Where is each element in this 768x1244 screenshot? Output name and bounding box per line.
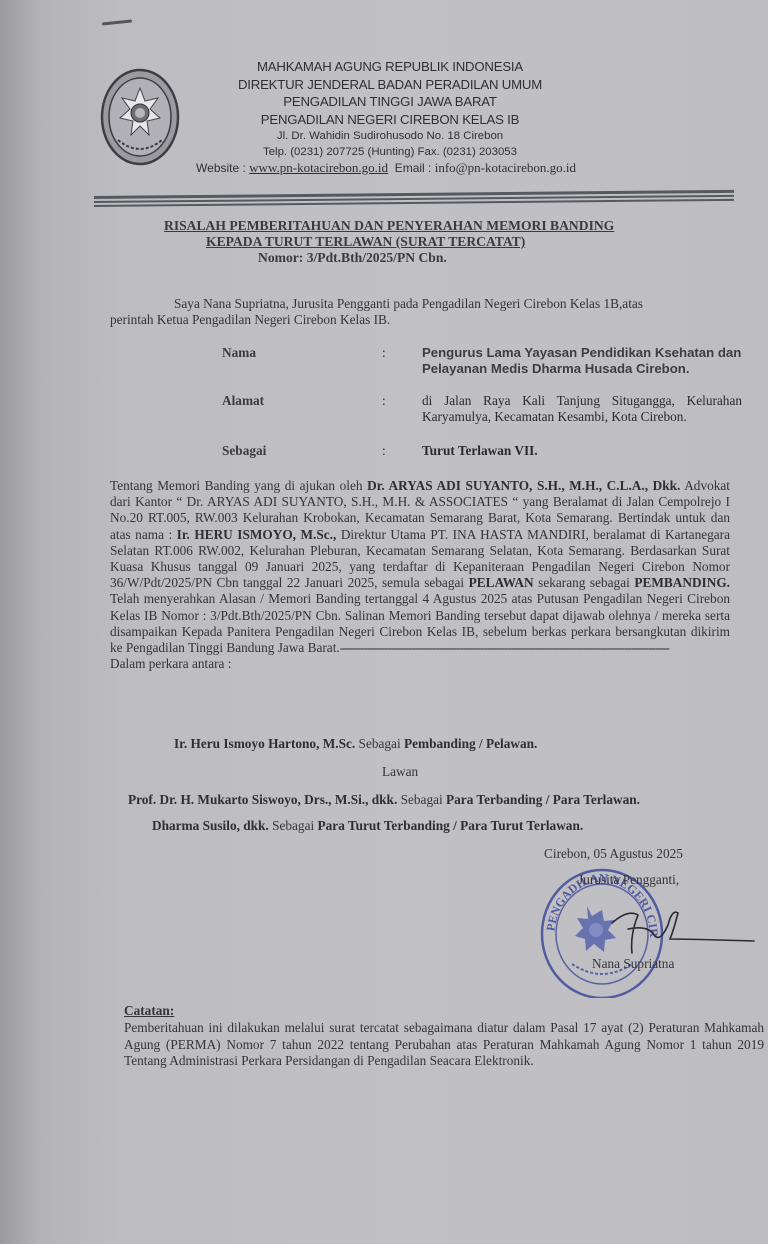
intro-line-2: perintah Ketua Pengadilan Negeri Cirebon…: [110, 312, 730, 328]
intro-line-1: Saya Nana Supriatna, Jurusita Pengganti …: [110, 296, 730, 312]
versus-label: Lawan: [382, 764, 418, 780]
main-bold: PELAWAN: [469, 575, 534, 590]
party-role: Para Terbanding / Para Terlawan.: [446, 792, 640, 807]
field-colon: :: [382, 443, 422, 459]
note-section: Catatan: Pemberitahuan ini dilakukan mel…: [124, 1003, 764, 1070]
field-value: Turut Terlawan VII.: [422, 443, 742, 459]
main-bold: PEMBANDING.: [634, 575, 730, 590]
between-label: Dalam perkara antara :: [110, 656, 730, 672]
intro-paragraph: Saya Nana Supriatna, Jurusita Pengganti …: [110, 296, 730, 328]
recipient-fields: Nama : Pengurus Lama Yayasan Pendidikan …: [222, 345, 742, 459]
field-row-nama: Nama : Pengurus Lama Yayasan Pendidikan …: [222, 345, 742, 393]
party-co-respondent: Dharma Susilo, dkk. Sebagai Para Turut T…: [152, 818, 583, 834]
party-as: Sebagai: [355, 736, 404, 751]
signer-title: Jurusita Pengganti,: [578, 872, 679, 888]
field-colon: :: [382, 393, 422, 443]
main-bold: Dr. ARYAS ADI SUYANTO, S.H., M.H., C.L.A…: [367, 478, 680, 493]
note-text: Pemberitahuan ini dilakukan melalui sura…: [124, 1020, 764, 1070]
signer-name: Nana Supriatna: [592, 956, 674, 972]
main-paragraph: Tentang Memori Banding yang di ajukan ol…: [110, 478, 730, 672]
main-text: Tentang Memori Banding yang di ajukan ol…: [110, 478, 367, 493]
party-as: Sebagai: [269, 818, 318, 833]
main-bold: Ir. HERU ISMOYO, M.Sc.,: [177, 527, 337, 542]
email-label: Email :: [395, 161, 435, 175]
field-label: Alamat: [222, 393, 382, 443]
website-label: Website :: [196, 161, 249, 175]
title-line-2: KEPADA TURUT TERLAWAN (SURAT TERCATAT): [206, 234, 614, 250]
field-label: Nama: [222, 345, 382, 393]
letterhead-contact: Website : www.pn-kotacirebon.go.id Email…: [182, 160, 590, 176]
letterhead-line: MAHKAMAH AGUNG REPUBLIK INDONESIA: [190, 58, 590, 76]
website-link[interactable]: www.pn-kotacirebon.go.id: [249, 160, 388, 175]
letterhead: MAHKAMAH AGUNG REPUBLIK INDONESIA DIREKT…: [190, 58, 590, 176]
party-as: Sebagai: [397, 792, 446, 807]
field-value: di Jalan Raya Kali Tanjung Situgangga, K…: [422, 393, 742, 443]
letterhead-line: PENGADILAN NEGERI CIREBON KELAS IB: [190, 111, 590, 129]
party-name: Dharma Susilo, dkk.: [152, 818, 269, 833]
party-role: Pembanding / Pelawan.: [404, 736, 537, 751]
party-appellant: Ir. Heru Ismoyo Hartono, M.Sc. Sebagai P…: [174, 736, 537, 752]
main-text: sekarang sebagai: [534, 575, 635, 590]
email-link[interactable]: info@pn-kotacirebon.go.id: [435, 160, 576, 175]
field-row-alamat: Alamat : di Jalan Raya Kali Tanjung Situ…: [222, 393, 742, 443]
party-name: Ir. Heru Ismoyo Hartono, M.Sc.: [174, 736, 355, 751]
party-name: Prof. Dr. H. Mukarto Siswoyo, Drs., M.Si…: [128, 792, 397, 807]
field-colon: :: [382, 345, 422, 393]
letterhead-address: Jl. Dr. Wahidin Sudirohusodo No. 18 Cire…: [190, 128, 590, 144]
party-respondent: Prof. Dr. H. Mukarto Siswoyo, Drs., M.Si…: [128, 792, 640, 808]
pen-mark: [102, 19, 132, 25]
field-row-sebagai: Sebagai : Turut Terlawan VII.: [222, 443, 742, 459]
letterhead-line: PENGADILAN TINGGI JAWA BARAT: [190, 93, 590, 111]
dash-filler: ----------------------------------------…: [340, 640, 669, 655]
document-page: MAHKAMAH AGUNG REPUBLIK INDONESIA DIREKT…: [0, 0, 768, 1244]
letterhead-line: DIREKTUR JENDERAL BADAN PERADILAN UMUM: [190, 76, 590, 94]
party-role: Para Turut Terbanding / Para Turut Terla…: [318, 818, 584, 833]
court-emblem-icon: [100, 68, 180, 166]
note-heading: Catatan:: [124, 1003, 764, 1020]
letterhead-phone: Telp. (0231) 207725 (Hunting) Fax. (0231…: [190, 144, 590, 160]
title-line-1: RISALAH PEMBERITAHUAN DAN PENYERAHAN MEM…: [164, 218, 614, 234]
handwritten-signature-icon: [608, 895, 758, 955]
document-title: RISALAH PEMBERITAHUAN DAN PENYERAHAN MEM…: [164, 218, 614, 266]
field-value: Pengurus Lama Yayasan Pendidikan Ksehata…: [422, 345, 742, 393]
document-number: Nomor: 3/Pdt.Bth/2025/PN Cbn.: [258, 250, 614, 266]
field-label: Sebagai: [222, 443, 382, 459]
